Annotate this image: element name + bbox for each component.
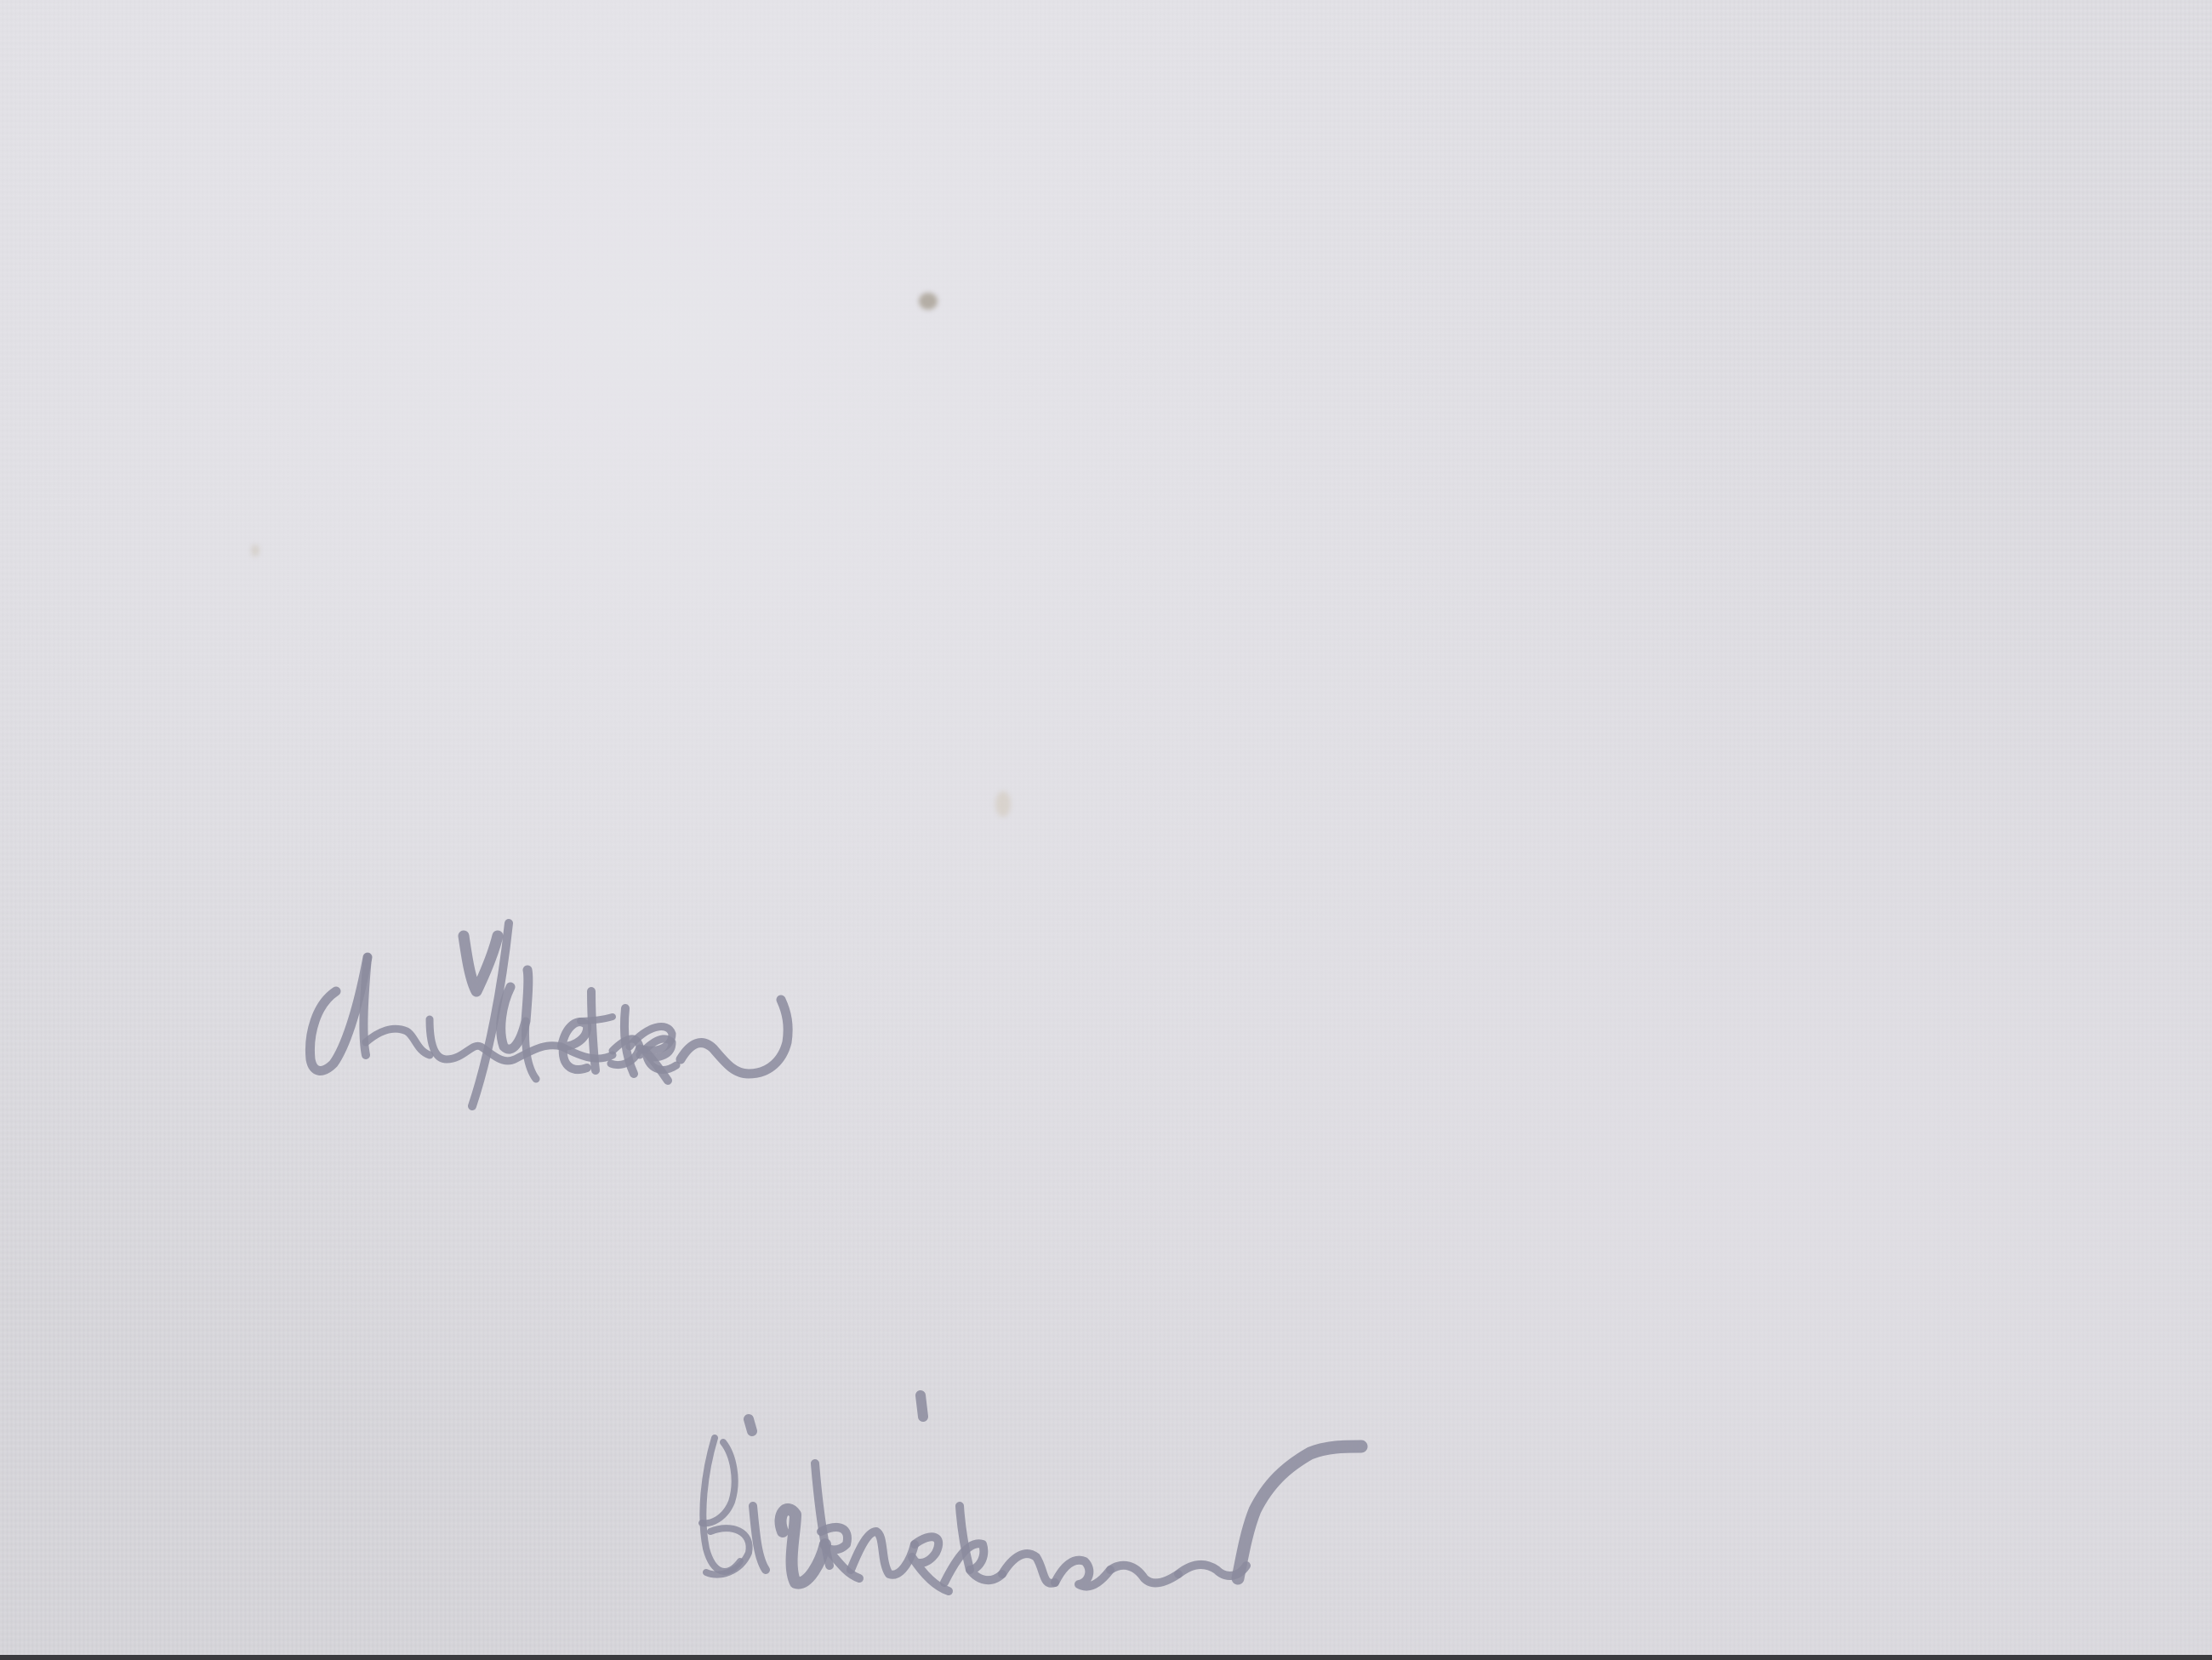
inscription-word-vd [464, 923, 536, 1106]
frame-edge [0, 1655, 2212, 1660]
pencil-inscription [0, 0, 2212, 1660]
signature [702, 1395, 1361, 1591]
